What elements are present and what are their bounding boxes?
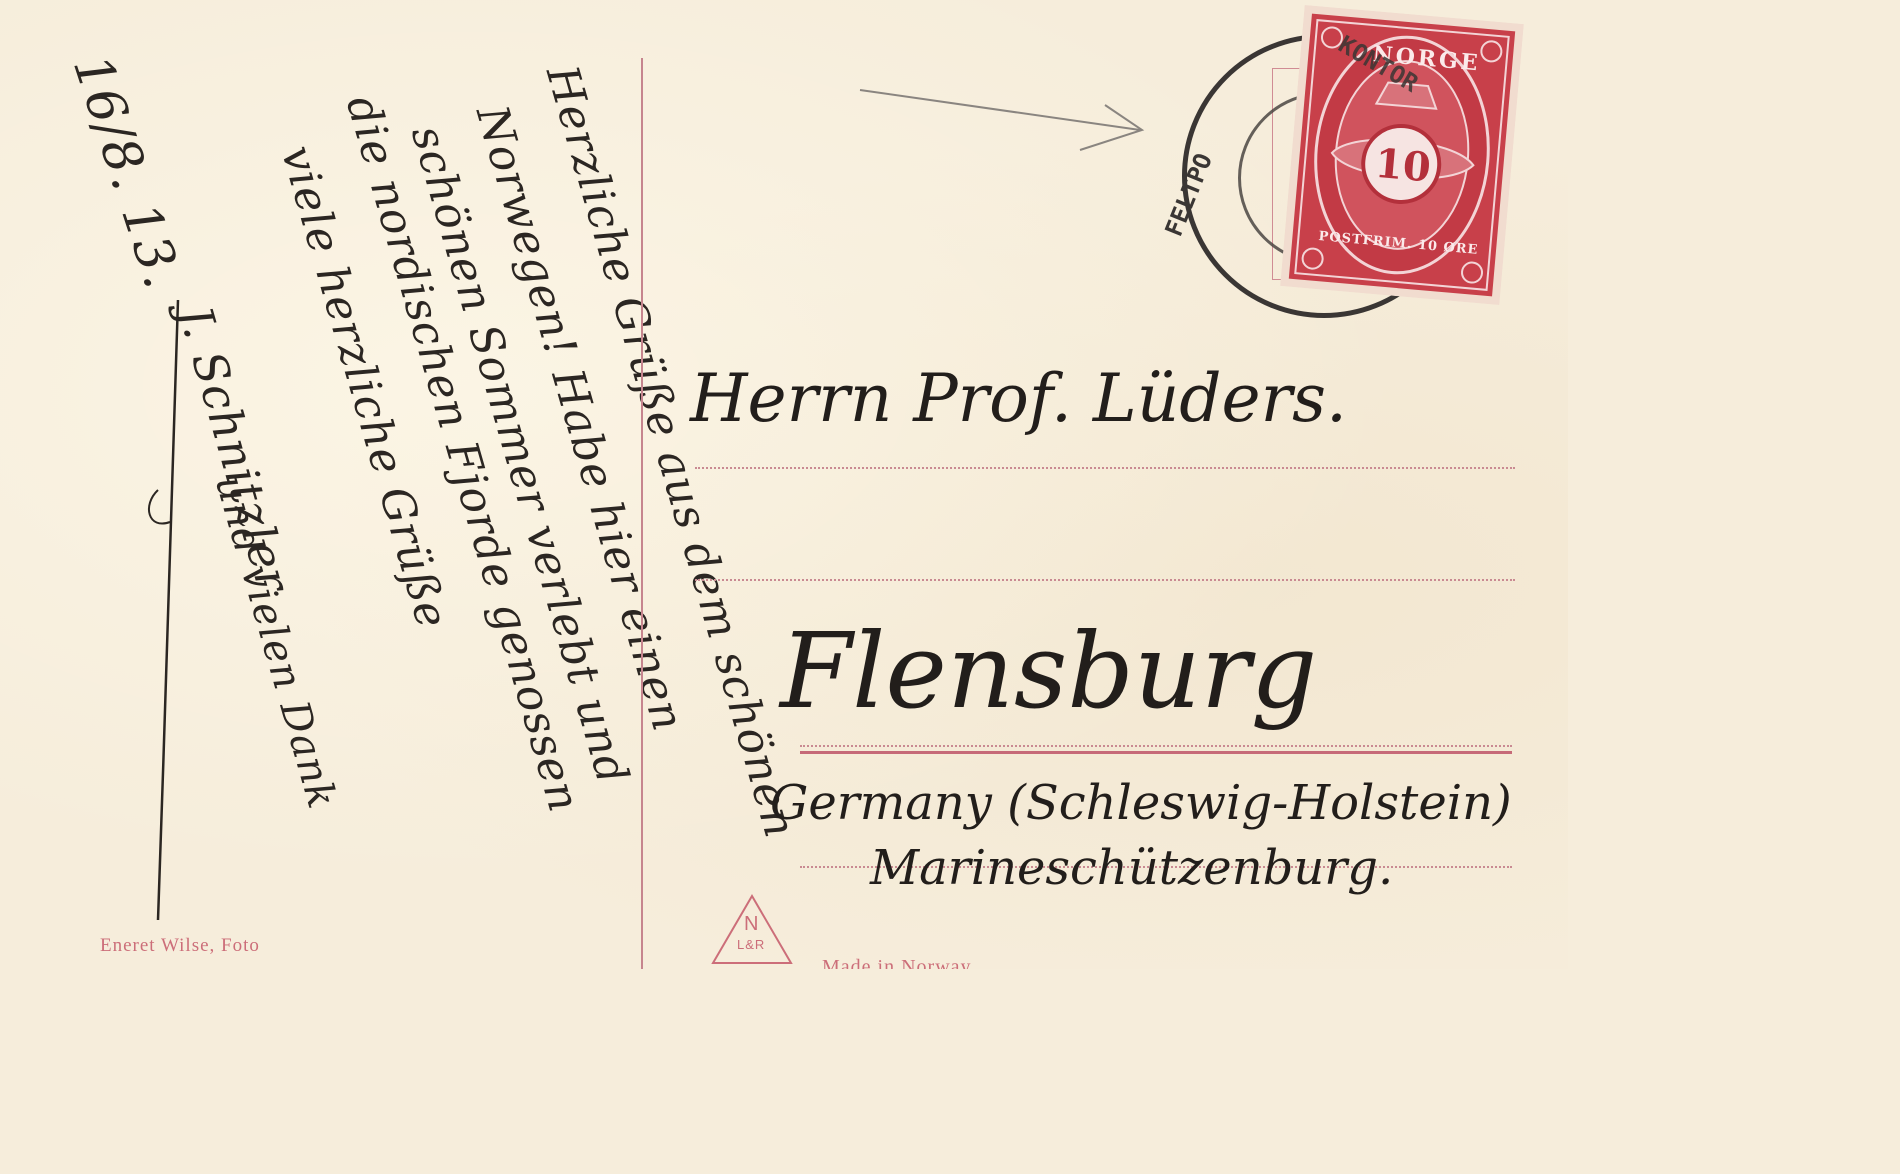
pencil-arrow-icon bbox=[855, 80, 1155, 160]
signature-flourish-icon bbox=[140, 290, 220, 930]
handwritten-date: 16/8. 13. bbox=[61, 48, 193, 296]
publisher-logo: N L&R bbox=[710, 893, 794, 965]
address-line-street: Marineschützenburg. bbox=[870, 840, 1393, 896]
address-rule bbox=[695, 579, 1515, 581]
publisher-imprint: Eneret Wilse, Foto bbox=[100, 935, 260, 957]
center-divider bbox=[641, 58, 643, 969]
stamp-value: 10 bbox=[1373, 140, 1433, 192]
address-line-city: Flensburg bbox=[780, 610, 1317, 732]
postcard: 16/8. 13. Herzliche Grüße aus dem schöne… bbox=[0, 0, 1568, 969]
origin-imprint: Made in Norway bbox=[822, 956, 972, 969]
address-line-recipient: Herrn Prof. Lüders. bbox=[690, 360, 1347, 437]
logo-letter-top: N bbox=[744, 913, 759, 936]
logo-letters-bottom: L&R bbox=[737, 937, 765, 952]
address-rule bbox=[800, 745, 1512, 747]
address-rule bbox=[695, 467, 1515, 469]
address-line-country: Germany (Schleswig-Holstein) bbox=[770, 775, 1512, 831]
postage-stamp: NORGE 10 POSTFRIM. 10 ØRE bbox=[1280, 5, 1524, 305]
city-underline bbox=[800, 751, 1512, 754]
